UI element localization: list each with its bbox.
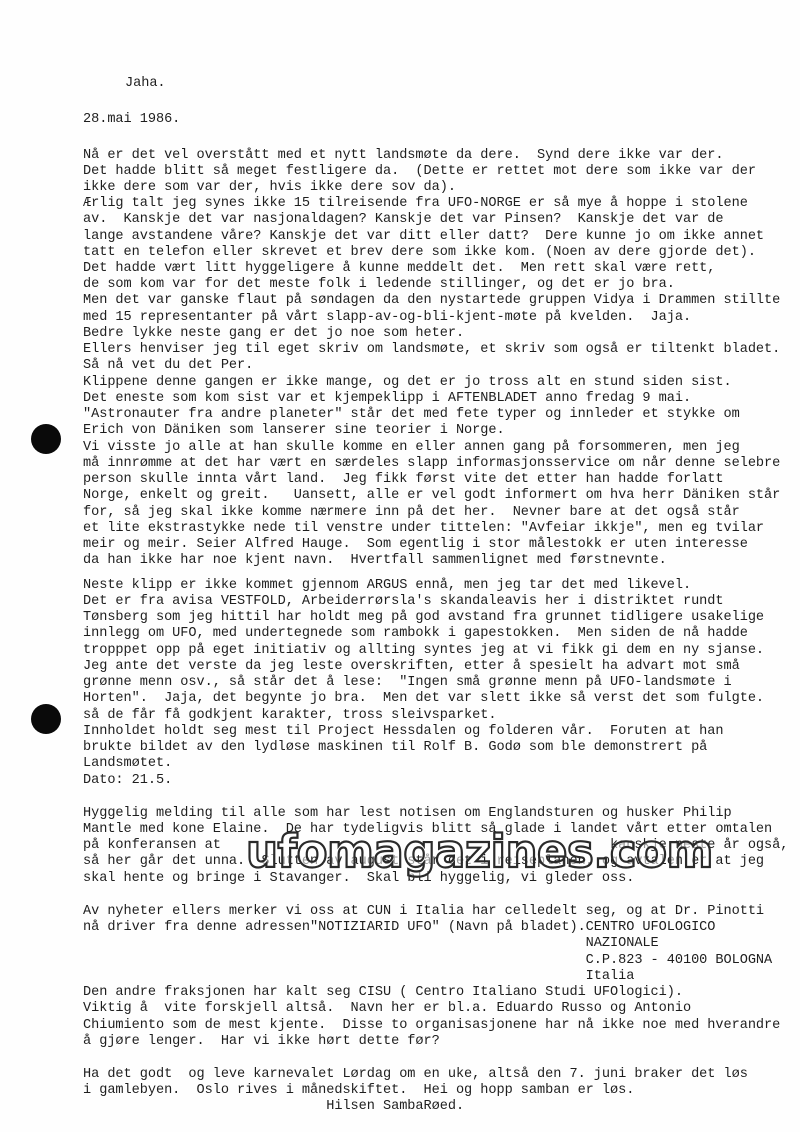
signature: Hilsen SambaRøed. xyxy=(83,1099,464,1115)
body-line: Landsmøtet. xyxy=(83,756,172,772)
body-line: Bedre lykke neste gang er det jo noe som… xyxy=(83,326,464,342)
watermark: ufomagazines.com xyxy=(246,827,713,877)
body-line: Norge, enkelt og greit. Uansett, alle er… xyxy=(83,488,780,504)
body-line: Horten". Jaja, det begynte jo bra. Men d… xyxy=(83,691,764,707)
body-line: med 15 representanter på vårt slapp-av-o… xyxy=(83,310,691,326)
body-line: Neste klipp er ikke kommet gjennom ARGUS… xyxy=(83,578,691,594)
body-line: tatt en telefon eller skrevet et brev de… xyxy=(83,245,756,261)
body-line: Ærlig talt jeg synes ikke 15 tilreisende… xyxy=(83,196,748,212)
body-line: Hyggelig melding til alle som har lest n… xyxy=(83,806,732,822)
body-line: nå driver fra denne adressen"NOTIZIARID … xyxy=(83,920,715,936)
address-line: C.P.823 - 40100 BOLOGNA xyxy=(83,953,772,969)
body-line: Klippene denne gangen er ikke mange, og … xyxy=(83,375,732,391)
body-line: innlegg om UFO, med undertegnede som ram… xyxy=(83,626,748,642)
address-line: Italia xyxy=(83,969,634,985)
body-line: Ha det godt og leve karnevalet Lørdag om… xyxy=(83,1067,748,1083)
punch-hole-upper xyxy=(31,424,61,454)
body-line: Innholdet holdt seg mest til Project Hes… xyxy=(83,724,724,740)
punch-hole-lower xyxy=(31,704,61,734)
body-line: Vi visste jo alle at han skulle komme en… xyxy=(83,440,740,456)
typewritten-letter-page: Jaha. 28.mai 1986. Nå er det vel overstå… xyxy=(0,0,800,1132)
letter-date: 28.mai 1986. xyxy=(83,112,180,128)
body-line: Chiumiento som de mest kjente. Disse to … xyxy=(83,1018,780,1034)
body-line: ikke dere som var der, hvis ikke dere so… xyxy=(83,180,456,196)
body-line: Jeg ante det verste da jeg leste overskr… xyxy=(83,659,740,675)
address-line: NAZIONALE xyxy=(83,936,659,952)
body-line: grønne menn osv., så står det å lese: "I… xyxy=(83,675,732,691)
body-line: Det hadde vært litt hyggeligere å kunne … xyxy=(83,261,715,277)
body-line: tropppet opp på eget initiativ og alltin… xyxy=(83,643,764,659)
greeting: Jaha. xyxy=(125,76,166,92)
body-line: lange avstandene våre? Kanskje det var d… xyxy=(83,229,764,245)
body-line: Men det var ganske flaut på søndagen da … xyxy=(83,293,780,309)
body-line: brukte bildet av den lydløse maskinen ti… xyxy=(83,740,707,756)
body-line: Ellers henviser jeg til eget skriv om la… xyxy=(83,342,780,358)
body-line: "Astronauter fra andre planeter" står de… xyxy=(83,407,740,423)
body-line: Den andre fraksjonen har kalt seg CISU (… xyxy=(83,985,683,1001)
body-line: Det eneste som kom sist var et kjempekli… xyxy=(83,391,691,407)
body-line: person skulle innta vårt land. Jeg fikk … xyxy=(83,472,724,488)
body-line: Dato: 21.5. xyxy=(83,773,172,789)
body-line: da han ikke har noe kjent navn. Hvertfal… xyxy=(83,553,667,569)
body-line: Det hadde blitt så meget festligere da. … xyxy=(83,164,756,180)
body-line: de som kom var for det meste folk i lede… xyxy=(83,277,675,293)
body-line: Tønsberg som jeg hittil har holdt meg på… xyxy=(83,610,764,626)
body-line: meir og meir. Seier Alfred Hauge. Som eg… xyxy=(83,537,748,553)
body-line: et lite ekstrastykke nede til venstre un… xyxy=(83,521,764,537)
body-line: i gamlebyen. Oslo rives i månedskiftet. … xyxy=(83,1083,634,1099)
body-line: for, så jeg skal ikke komme nærmere inn … xyxy=(83,505,740,521)
body-line: så de får få godkjent karakter, tross sl… xyxy=(83,708,497,724)
body-line: Nå er det vel overstått med et nytt land… xyxy=(83,148,724,164)
body-line: av. Kanskje det var nasjonaldagen? Kansk… xyxy=(83,212,724,228)
body-line: Viktig å vite forskjell altså. Navn her … xyxy=(83,1001,691,1017)
body-line: Det er fra avisa VESTFOLD, Arbeiderrørsl… xyxy=(83,594,724,610)
body-line: Så nå vet du det Per. xyxy=(83,358,253,374)
body-line: å gjøre lenger. Har vi ikke hørt dette f… xyxy=(83,1034,440,1050)
body-line: Erich von Däniken som lanserer sine teor… xyxy=(83,423,505,439)
body-line: må innrømme at det har vært en særdeles … xyxy=(83,456,780,472)
body-line: Av nyheter ellers merker vi oss at CUN i… xyxy=(83,904,764,920)
